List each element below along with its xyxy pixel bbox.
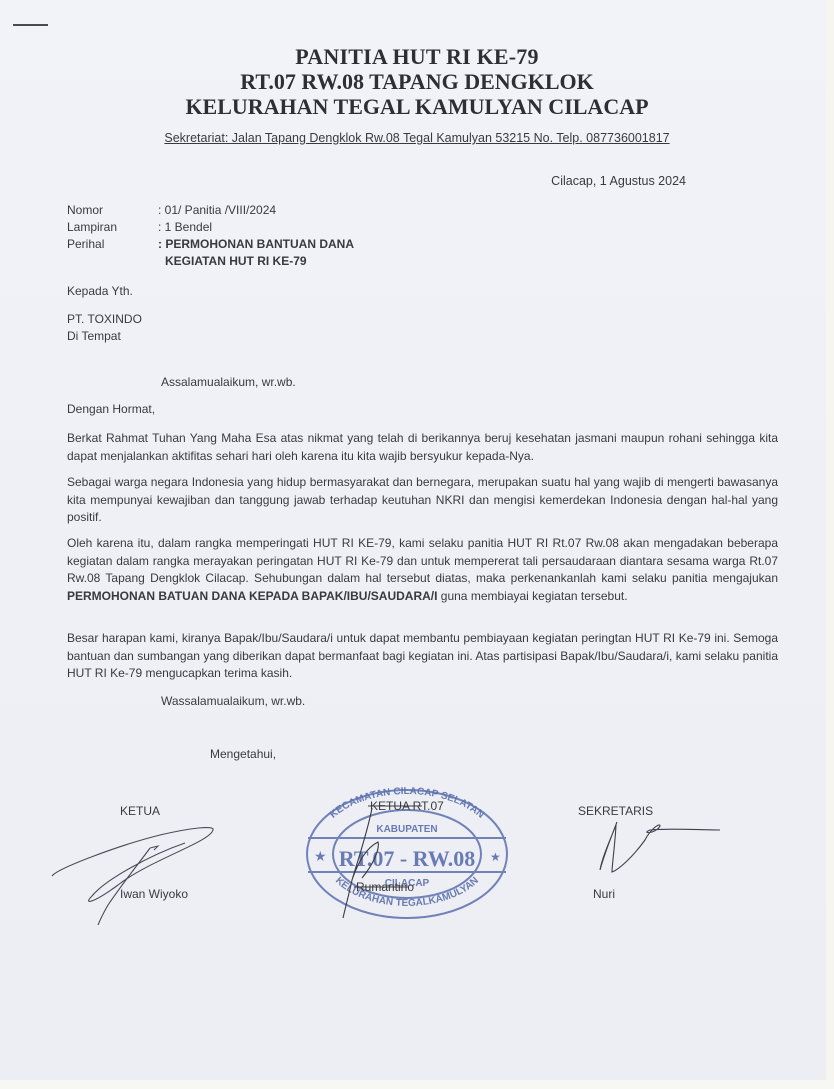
meta-value: : 1 Bendel [158, 219, 212, 236]
letterhead-title: PANITIA HUT RI KE-79 [0, 44, 834, 70]
paragraph: Berkat Rahmat Tuhan Yang Maha Esa atas n… [67, 430, 778, 465]
recipient-greeting: Kepada Yth. [67, 283, 133, 300]
letter-meta: Nomor : 01/ Panitia /VIII/2024 Lampiran … [67, 202, 354, 270]
meta-perihal: Perihal : PERMOHONAN BANTUAN DANA [67, 236, 354, 253]
paragraph-text: guna membiayai kegiatan tersebut. [437, 589, 627, 603]
meta-label: Nomor [67, 202, 158, 219]
acknowledged-label: Mengetahui, [210, 747, 276, 761]
ketua-title: KETUA [120, 804, 160, 818]
letterhead-subtitle: RT.07 RW.08 TAPANG DENGKLOK [0, 69, 834, 95]
salam-close: Wassalamualaikum, wr.wb. [161, 693, 305, 710]
meta-nomor: Nomor : 01/ Panitia /VIII/2024 [67, 202, 354, 219]
page-edge [0, 1080, 834, 1089]
sekretaris-title: SEKRETARIS [578, 804, 653, 818]
salam-open: Assalamualaikum, wr.wb. [161, 374, 296, 391]
paragraph: Besar harapan kami, kiranya Bapak/Ibu/Sa… [67, 630, 778, 683]
meta-label: Lampiran [67, 219, 158, 236]
recipient-place: Di Tempat [67, 328, 121, 345]
scan-mark [13, 24, 48, 26]
paragraph-text: Oleh karena itu, dalam rangka memperinga… [67, 536, 778, 585]
paragraph: Sebagai warga negara Indonesia yang hidu… [67, 474, 778, 527]
opening: Dengan Hormat, [67, 401, 155, 418]
paragraph-emphasis: PERMOHONAN BATUAN DANA KEPADA BAPAK/IBU/… [67, 589, 437, 603]
ketua-name: Iwan Wiyoko [120, 887, 188, 901]
letter-date: Cilacap, 1 Agustus 2024 [551, 174, 686, 188]
recipient-name: PT. TOXINDO [67, 311, 142, 328]
meta-value: KEGIATAN HUT RI KE-79 [67, 253, 354, 270]
sekretaris-name: Nuri [593, 887, 615, 901]
page-edge [826, 0, 834, 1089]
meta-lampiran: Lampiran : 1 Bendel [67, 219, 354, 236]
meta-value: : PERMOHONAN BANTUAN DANA [158, 236, 354, 253]
meta-value: : 01/ Panitia /VIII/2024 [158, 202, 276, 219]
secretariat-address: Sekretariat: Jalan Tapang Dengklok Rw.08… [0, 131, 834, 145]
paragraph: Oleh karena itu, dalam rangka memperinga… [67, 535, 778, 605]
meta-label: Perihal [67, 236, 158, 253]
letterhead-subtitle: KELURAHAN TEGAL KAMULYAN CILACAP [0, 94, 834, 120]
